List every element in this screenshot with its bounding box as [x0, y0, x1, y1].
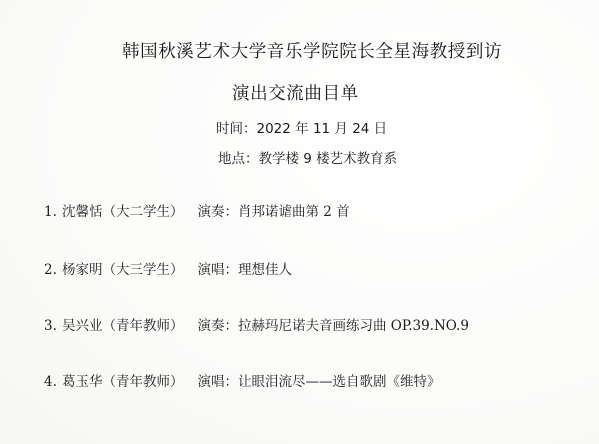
- place-label: 地点：: [218, 151, 259, 167]
- event-time: 时间：2022 年 11 月 24 日: [216, 117, 387, 137]
- performer-name: 葛玉华: [62, 374, 103, 390]
- place-value: 教学楼 9 楼艺术教育系: [259, 151, 398, 167]
- performer-role: （大二学生）: [103, 204, 184, 220]
- performer-name: 杨家明: [62, 262, 103, 278]
- program-item: 2.杨家明（大三学生）演唱：理想佳人: [44, 258, 292, 278]
- performer-role: （大三学生）: [103, 262, 184, 278]
- piece-title: 让眼泪流尽——选自歌剧《维特》: [238, 374, 441, 390]
- program-item: 4.葛玉华（青年教师）演唱：让眼泪流尽——选自歌剧《维特》: [44, 370, 441, 390]
- event-place: 地点：教学楼 9 楼艺术教育系: [218, 147, 397, 167]
- item-number: 1.: [44, 204, 62, 220]
- piece-title: 肖邦诺谑曲第 2 首: [238, 204, 350, 220]
- performance-type: 演奏：: [198, 318, 239, 334]
- item-number: 4.: [44, 374, 62, 390]
- piece-title: 拉赫玛尼诺夫音画练习曲 OP.39.NO.9: [238, 318, 469, 334]
- performance-type: 演奏：: [198, 204, 239, 220]
- performer-role: （青年教师）: [103, 374, 184, 390]
- item-number: 3.: [44, 318, 62, 334]
- piece-title: 理想佳人: [238, 262, 292, 278]
- program-item: 3.吴兴业（青年教师）演奏：拉赫玛尼诺夫音画练习曲 OP.39.NO.9: [44, 314, 469, 334]
- time-label: 时间：: [216, 121, 257, 137]
- time-value: 2022 年 11 月 24 日: [257, 121, 388, 137]
- performer-role: （青年教师）: [103, 318, 184, 334]
- document-page: 韩国秋溪艺术大学音乐学院院长全星海教授到访 演出交流曲目单 时间：2022 年 …: [0, 0, 599, 444]
- performance-type: 演唱：: [198, 262, 239, 278]
- performer-name: 吴兴业: [62, 318, 103, 334]
- item-number: 2.: [44, 262, 62, 278]
- performance-type: 演唱：: [198, 374, 239, 390]
- document-title: 韩国秋溪艺术大学音乐学院院长全星海教授到访: [122, 38, 502, 63]
- program-item: 1.沈馨恬（大二学生）演奏：肖邦诺谑曲第 2 首: [44, 200, 350, 220]
- performer-name: 沈馨恬: [62, 204, 103, 220]
- document-subtitle: 演出交流曲目单: [232, 80, 359, 105]
